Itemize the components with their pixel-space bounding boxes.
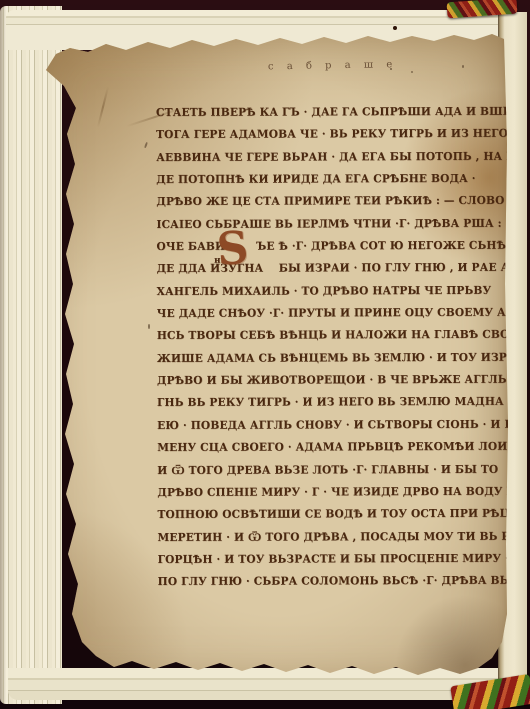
- text-line: НСЬ ТВОРЫ СЕБѢ ВѢНЦЬ И НАЛОЖИ НА ГЛАВѢ С…: [157, 324, 518, 348]
- manuscript-photo: с а б р а ш е СТАЕТЬ ПВЕРѢ КА ГЪ · ДАЕ Г…: [0, 0, 530, 709]
- text-line: МЕНУ СЦА СВОЕГО · АДАМА ПРЬВЦѢ РЕКОМѢИ Л…: [157, 436, 518, 460]
- ink-speck: [148, 324, 150, 329]
- text-line: ГОРЦѢН · И ТОУ ВЬЗРАСТЕ И БЫ ПРОСЦЕНІЕ М…: [158, 548, 519, 572]
- page-stack-bottom-edge: [8, 668, 508, 700]
- text-line: ІСАІЕО СЬБРАШЕ ВЬ ІЕРЛМѢ ЧТНИ ·Г· ДРѢВА …: [156, 212, 517, 236]
- text-block: СТАЕТЬ ПВЕРѢ КА ГЪ · ДАЕ ГА СЬПРѢШИ АДА …: [156, 101, 519, 594]
- ink-speck: [390, 68, 392, 70]
- superscript-correction: н: [214, 250, 221, 272]
- text-line: ДРѢВО СПЕНІЕ МИРУ · Г · ЧЕ ИЗИДЕ ДРВО НА…: [157, 481, 518, 505]
- manuscript-page: с а б р а ш е СТАЕТЬ ПВЕРѢ КА ГЪ · ДАЕ Г…: [30, 24, 508, 692]
- text-line: ХАНГЕЛЬ МИХАИЛЬ · ТО ДРѢВО НАТРЫ ЧЕ ПРЬВ…: [157, 279, 518, 303]
- text-line: ДЕ ПОТОПНѢ КИ ИРИДЕ ДА ЕГА СРѢБНЕ ВОДА ·: [156, 168, 517, 192]
- text-line: ТОПНОЮ ОСВѢТИШИ СЕ ВОДѢ И ТОУ ОСТА ПРИ Р…: [157, 503, 518, 527]
- text-line: ДРѢВО И БЫ ЖИВОТВОРЕЩОИ · В ЧЕ ВРЬЖЕ АГГ…: [157, 369, 518, 393]
- text-line: ЕЮ · ПОВЕДА АГГЛЬ СНОВУ · И СЬТВОРЫ СІОН…: [157, 414, 518, 438]
- text-line: ПО ГЛУ ГНЮ · СЬБРА СОЛОМОНЬ ВЬСѢ ·Г· ДРѢ…: [158, 570, 519, 594]
- text-line: СТАЕТЬ ПВЕРѢ КА ГЪ · ДАЕ ГА СЬПРѢШИ АДА …: [156, 101, 517, 125]
- text-line: ТОГА ГЕРЕ АДАМОВА ЧЕ · ВЬ РЕКУ ТИГРЬ И И…: [156, 123, 517, 147]
- page-stack-left-edge: [0, 6, 62, 704]
- text-line: ЧЕ ДАДЕ СНѢОУ ·Г· ПРУТЫ И ПРИНЕ ОЦУ СВОЕ…: [157, 302, 518, 326]
- text-line: ЖИШЕ АДАМА СЬ ВѢНЦЕМЬ ВЬ ЗЕМЛЮ · И ТОУ И…: [157, 347, 518, 371]
- text-line: МЕРЕТИН · И Ѿ ТОГО ДРѢВА , ПОСАДЫ МОУ ТИ…: [157, 525, 518, 549]
- ink-speck: [462, 65, 464, 68]
- text-line: ДЕ ДДА ИЗУГНА БЫ ИЗРАИ · ПО ГЛУ ГНЮ , И …: [157, 257, 518, 281]
- text-line: И Ѿ ТОГО ДРЕВА ВЬЗЕ ЛОТЬ ·Г· ГЛАВНЫ · И …: [157, 458, 518, 482]
- text-line: ОЧЕ БАВИ · ЪЕ Ѣ ·Г· ДРѢВА СОТ Ю НЕГОЖЕ С…: [156, 235, 517, 259]
- ink-speck: [411, 71, 413, 73]
- wormhole-dot: [393, 26, 397, 30]
- text-line: ГНЬ ВЬ РЕКУ ТИГРЬ · И ИЗ НЕГО ВЬ ЗЕМЛЮ М…: [157, 391, 518, 415]
- text-line: АЕВВИНА ЧЕ ГЕРЕ ВЬРАН · ДА ЕГА БЫ ПОТОПЬ…: [156, 145, 517, 169]
- text-line: ДРѢВО ЖЕ ЦЕ СТА ПРИМИРЕ ТЕИ РѢКИѢ : — СЛ…: [156, 190, 517, 214]
